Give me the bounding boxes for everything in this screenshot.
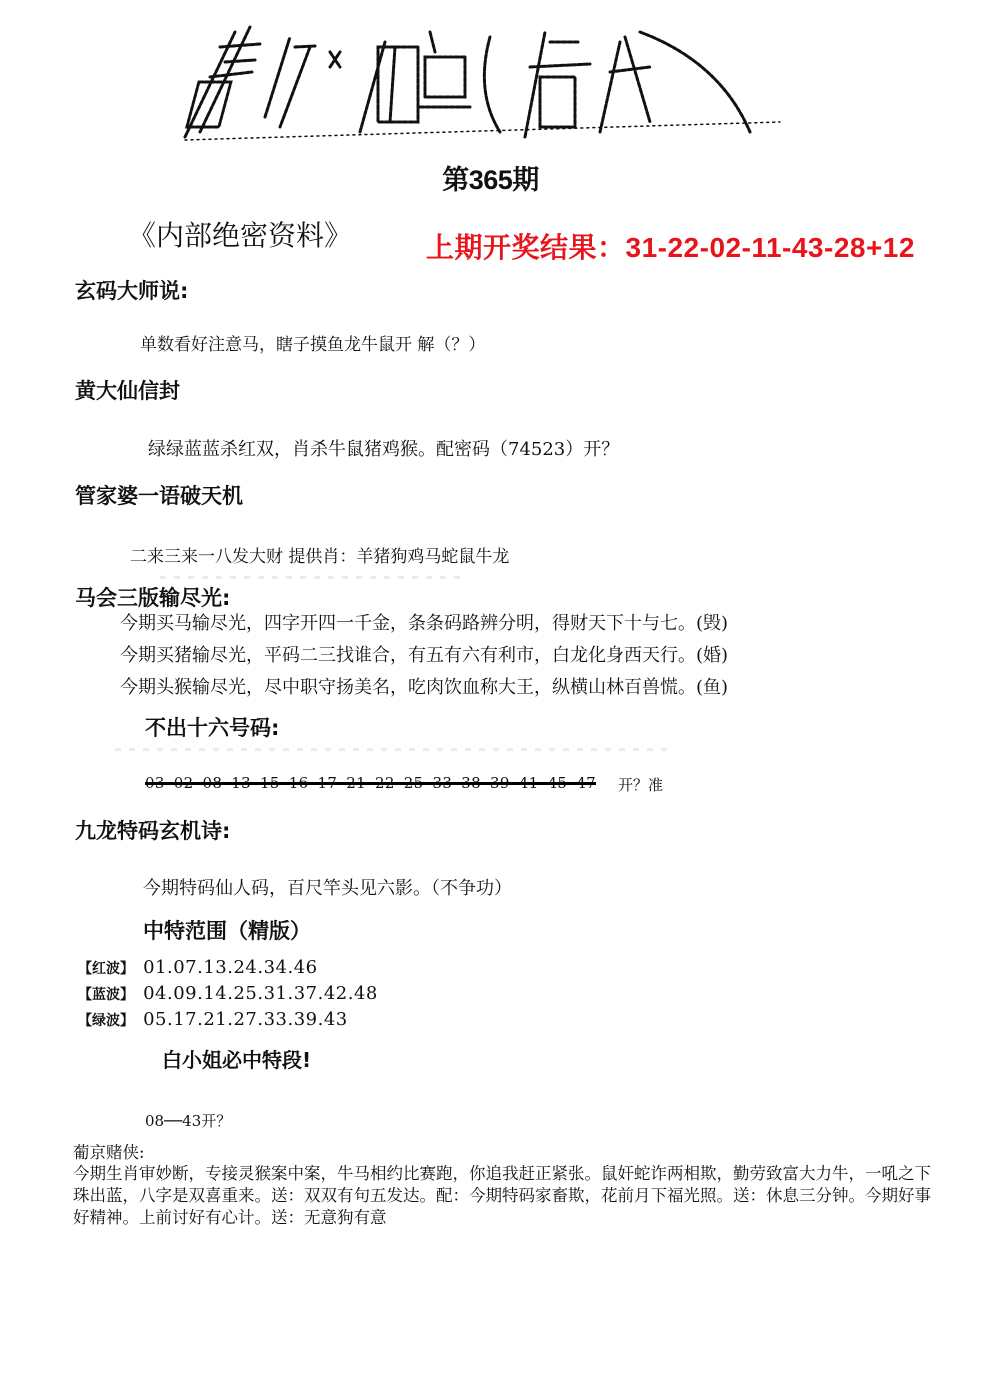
excluded-numbers-suffix: 开？准 xyxy=(618,774,663,795)
wave-numbers-blue: 04.09.14.25.31.37.42.48 xyxy=(143,983,378,1004)
last-draw-result: 上期开奖结果：31-22-02-11-43-28+12 xyxy=(426,226,915,266)
section-title-guanjiapo: 管家婆一语破天机 xyxy=(75,480,243,510)
issue-number: 第365期 xyxy=(0,158,981,197)
wave-row-red: 【红波】 01.07.13.24.34.46 xyxy=(78,957,318,978)
wave-label-blue: 【蓝波】 xyxy=(78,987,134,1003)
document-subtitle: 《内部绝密资料》 xyxy=(128,214,352,254)
wave-row-blue: 【蓝波】 04.09.14.25.31.37.42.48 xyxy=(78,983,378,1004)
mahui-line-1: 今期买马输尽光，四字开四一千金，条条码路辨分明，得财天下十与七。(毁) xyxy=(120,609,728,635)
banner-title xyxy=(180,22,790,147)
section-title-mahui: 马会三版输尽光: xyxy=(75,582,230,612)
section-title-zhongte: 中特范围（精版） xyxy=(143,915,311,945)
section-text-huangdaxian: 绿绿蓝蓝杀红双，肖杀牛鼠猪鸡猴。配密码（74523）开？ xyxy=(148,435,619,461)
section-text-xuanma: 单数看好注意马，瞎子摸鱼龙牛鼠开 解（？） xyxy=(140,330,485,355)
section-text-guanjiapo: 二来三来一八发大财 提供肖：羊猪狗鸡马蛇鼠牛龙 xyxy=(130,542,509,567)
excluded-numbers: 03 02 08 13 15 16 17 21 22 25 33 38 39 4… xyxy=(145,774,596,792)
faint-artifact xyxy=(115,748,675,751)
last-result-label: 上期开奖结果： xyxy=(426,232,626,263)
wave-numbers-red: 01.07.13.24.34.46 xyxy=(143,957,318,978)
section-title-buchu: 不出十六号码: xyxy=(145,712,279,742)
mahui-line-3: 今期头猴输尽光，尽中职守扬美名，吃肉饮血称大王，纵横山林百兽慌。(鱼) xyxy=(120,673,728,699)
section-text-baixiaojie: 08──43开？ xyxy=(145,1110,231,1131)
wave-label-green: 【绿波】 xyxy=(78,1013,134,1029)
wave-numbers-green: 05.17.21.27.33.39.43 xyxy=(143,1009,348,1030)
section-text-pujing: 今期生肖审妙断，专接灵猴案中案，牛马相约比赛跑，你追我赶正紧张。鼠奸蛇诈两相欺，… xyxy=(73,1163,933,1229)
section-title-huangdaxian: 黄大仙信封 xyxy=(75,375,180,405)
section-title-pujing: 葡京赌侠: xyxy=(73,1139,145,1163)
wave-label-red: 【红波】 xyxy=(78,961,134,977)
section-text-jiulong: 今期特码仙人码，百尺竿头见六影。（不争功） xyxy=(143,874,512,900)
faint-artifact xyxy=(160,576,460,579)
section-title-xuanma: 玄码大师说: xyxy=(75,275,188,305)
mahui-line-2: 今期买猪输尽光，平码二三找谁合，有五有六有利市，白龙化身西天行。(婚) xyxy=(120,641,728,667)
section-title-jiulong: 九龙特码玄机诗: xyxy=(75,815,230,845)
wave-row-green: 【绿波】 05.17.21.27.33.39.43 xyxy=(78,1009,348,1030)
banner-handwriting-graphic xyxy=(180,22,790,147)
section-title-baixiaojie: 白小姐必中特段! xyxy=(162,1044,311,1073)
last-result-numbers: 31-22-02-11-43-28+12 xyxy=(626,232,915,263)
